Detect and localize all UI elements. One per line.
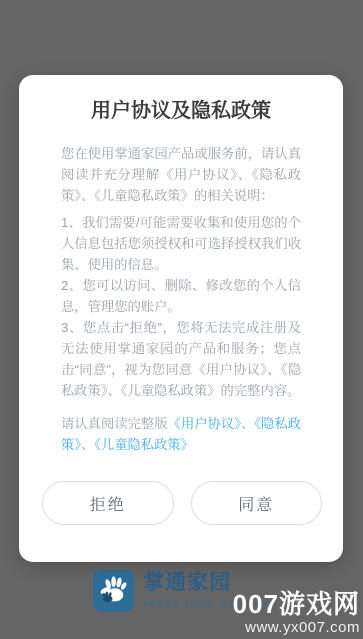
privacy-dialog: 用户协议及隐私政策 您在使用掌通家园产品或服务前，请认真阅读并充分理解《用户协议…: [19, 75, 343, 562]
policy-item-3: 3、您点击“拒绝”，您将无法完成注册及无法使用掌通家园的产品和服务；您点击“同意…: [61, 317, 301, 401]
footer-separator-2: 、: [81, 437, 94, 452]
agree-button[interactable]: 同意: [191, 481, 323, 525]
refuse-button[interactable]: 拒绝: [42, 481, 174, 525]
dialog-body: 您在使用掌通家园产品或服务前，请认真阅读并充分理解《用户协议》、《隐私政策》、《…: [61, 143, 301, 468]
hand-in-hand-icon: [93, 570, 134, 612]
children-privacy-link[interactable]: 《儿童隐私政策》: [94, 437, 194, 452]
dialog-title: 用户协议及隐私政策: [19, 97, 343, 125]
user-agreement-link[interactable]: 《用户协议》: [168, 416, 241, 431]
policy-item-2: 2、您可以访问、删除、修改您的个人信息，管理您的账户。: [61, 275, 301, 317]
screen: 掌通家园 ZHANG TONG JIA YUAN 007游戏网 www.yx00…: [0, 0, 363, 639]
footer-prefix: 请认真阅读完整版: [61, 416, 168, 431]
dialog-button-row: 拒绝 同意: [42, 481, 322, 525]
footer-separator-1: 、: [241, 416, 254, 431]
dialog-intro: 您在使用掌通家园产品或服务前，请认真阅读并充分理解《用户协议》、《隐私政策》、《…: [61, 143, 301, 206]
watermark: 007游戏网 www.yx007.com: [233, 591, 360, 635]
watermark-url: www.yx007.com: [233, 620, 360, 635]
footer-note: 请认真阅读完整版《用户协议》、《隐私政策》、《儿童隐私政策》: [61, 413, 301, 455]
policy-item-1: 1、我们需要/可能需要收集和使用您的个人信息包括您须授权和可选择授权我们收集、使…: [61, 212, 301, 275]
watermark-title: 007游戏网: [233, 591, 360, 617]
